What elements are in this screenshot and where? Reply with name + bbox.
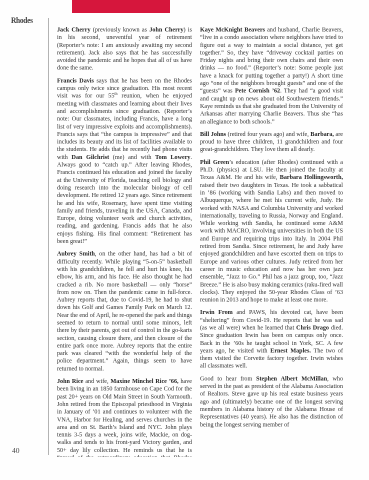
person-name: John Cherry [149, 26, 183, 33]
text-segment: have been living in an 1850 farmhouse on… [57, 378, 192, 457]
person-name: Chris Drago [296, 324, 329, 331]
person-name: Francis Davis [57, 77, 94, 84]
left-column: Jack Cherry (previously known as John Ch… [57, 26, 192, 457]
person-name: Pete Cornish ’62 [235, 87, 280, 94]
text-segment: , who served in the past as president of… [200, 375, 343, 428]
person-name: Ernest Maples. [270, 347, 311, 354]
paragraph: Bill Johns (retired four years ago) and … [200, 130, 343, 153]
paragraph: Kaye McKnight Beavers and husband, Charl… [200, 26, 343, 125]
person-name: Tom Lowery [155, 153, 190, 160]
text-segment: and husband, Charlie Beavers, “live in a… [200, 26, 343, 94]
margin-rule [48, 18, 49, 455]
text-segment: ) is in his second, uneventful year of r… [57, 26, 192, 71]
paragraph: Good to hear from Stephen Albert McMilla… [200, 375, 343, 429]
paragraph: John Rice and wife, Maxine Minchel Rice … [57, 378, 192, 457]
red-accent-bar [72, 0, 170, 13]
paragraph: Aubrey Smith, on the other hand, has had… [57, 250, 192, 372]
person-name: Aubrey Smith [57, 250, 95, 257]
section-tab-rhodes: Rhodes [11, 16, 33, 25]
person-name: Barbara, [310, 130, 334, 137]
person-name: Barbara Hollingsworth, [280, 174, 343, 181]
person-name: Irwin From [200, 309, 233, 316]
magazine-page: Rhodes Jack Cherry (previously known as … [0, 0, 369, 480]
person-name: Kaye McKnight Beavers [200, 26, 265, 33]
text-segment: raised their two daughters in Texas. He … [200, 181, 343, 303]
paragraph: Irwin From and PAWS, his devoted cat, ha… [200, 309, 343, 370]
person-name: Maxine Minchel Rice ’66, [110, 378, 178, 385]
text-segment: reunion, when he enjoyed meeting with cl… [57, 92, 192, 160]
right-column: Kaye McKnight Beavers and husband, Charl… [200, 26, 343, 457]
page-number: 40 [12, 446, 20, 455]
text-segment: , on the other hand, has had a bit of di… [57, 250, 192, 372]
text-segment: Good to hear from [200, 375, 256, 382]
text-segment: (retired four years ago) and wife, [226, 130, 310, 137]
person-name: Bill Johns [200, 130, 226, 137]
paragraph: Jack Cherry (previously known as John Ch… [57, 26, 192, 72]
text-segment: (previously known as [91, 26, 150, 33]
text-segment: (me) and with [109, 153, 155, 160]
text-segment: and wife, [83, 378, 110, 385]
person-name: Dan Gilchrist [72, 153, 110, 160]
text-segment: . Always good to “catch up.” After leavi… [57, 153, 192, 244]
paragraph: Phil Green’s education (after Rhodes) co… [200, 158, 343, 303]
person-name: Stephen Albert McMillan [256, 375, 327, 382]
person-name: Phil Green [200, 158, 229, 165]
paragraph: Francis Davis says that he has been on t… [57, 77, 192, 245]
person-name: John Rice [57, 378, 83, 385]
person-name: Jack Cherry [57, 26, 91, 33]
